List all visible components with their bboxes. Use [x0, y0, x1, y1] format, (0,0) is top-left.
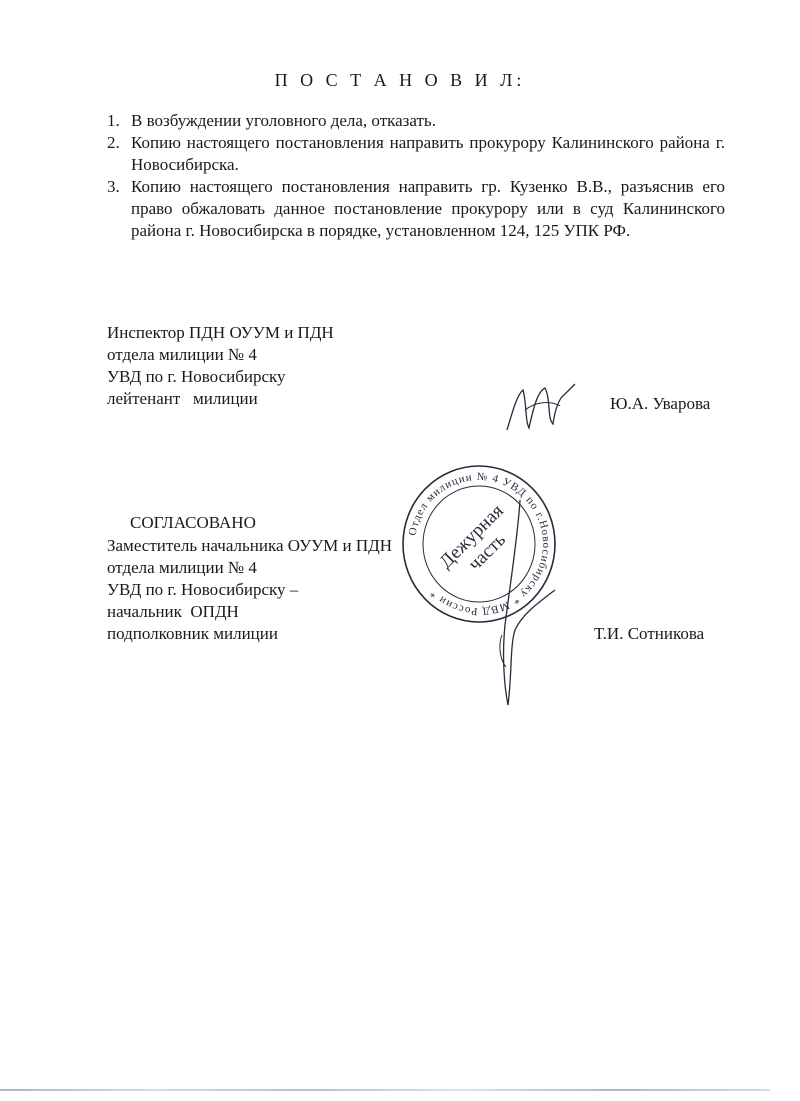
inspector-block: Инспектор ПДН ОУУМ и ПДН отдела милиции … [107, 322, 334, 410]
inspector-line: отдела милиции № 4 [107, 344, 334, 366]
inspector-line: Инспектор ПДН ОУУМ и ПДН [107, 322, 334, 344]
approval-label: СОГЛАСОВАНО [130, 513, 256, 533]
approval-line: отдела милиции № 4 [107, 557, 392, 579]
item-text: В возбуждении уголовного дела, отказать. [131, 110, 725, 132]
inspector-signature-icon [495, 380, 580, 440]
item-number: 3. [107, 176, 131, 242]
item-number: 2. [107, 132, 131, 176]
approval-signature-icon [480, 495, 570, 710]
scan-edge-line [0, 1089, 770, 1091]
list-item: 3. Копию настоящего постановления направ… [107, 176, 725, 242]
approval-block: Заместитель начальника ОУУМ и ПДН отдела… [107, 535, 392, 645]
approval-line: начальник ОПДН [107, 601, 392, 623]
document-heading: П О С Т А Н О В И Л: [0, 70, 800, 91]
inspector-line: лейтенант милиции [107, 388, 334, 410]
approval-line: УВД по г. Новосибирску – [107, 579, 392, 601]
list-item: 1. В возбуждении уголовного дела, отказа… [107, 110, 725, 132]
list-item: 2. Копию настоящего постановления направ… [107, 132, 725, 176]
item-text: Копию настоящего постановления направить… [131, 176, 725, 242]
item-number: 1. [107, 110, 131, 132]
approval-name: Т.И. Сотникова [594, 624, 704, 644]
approval-line: Заместитель начальника ОУУМ и ПДН [107, 535, 392, 557]
item-text: Копию настоящего постановления направить… [131, 132, 725, 176]
approval-line: подполковник милиции [107, 623, 392, 645]
inspector-name: Ю.А. Уварова [610, 394, 710, 414]
inspector-line: УВД по г. Новосибирску [107, 366, 334, 388]
resolution-list: 1. В возбуждении уголовного дела, отказа… [107, 110, 725, 242]
